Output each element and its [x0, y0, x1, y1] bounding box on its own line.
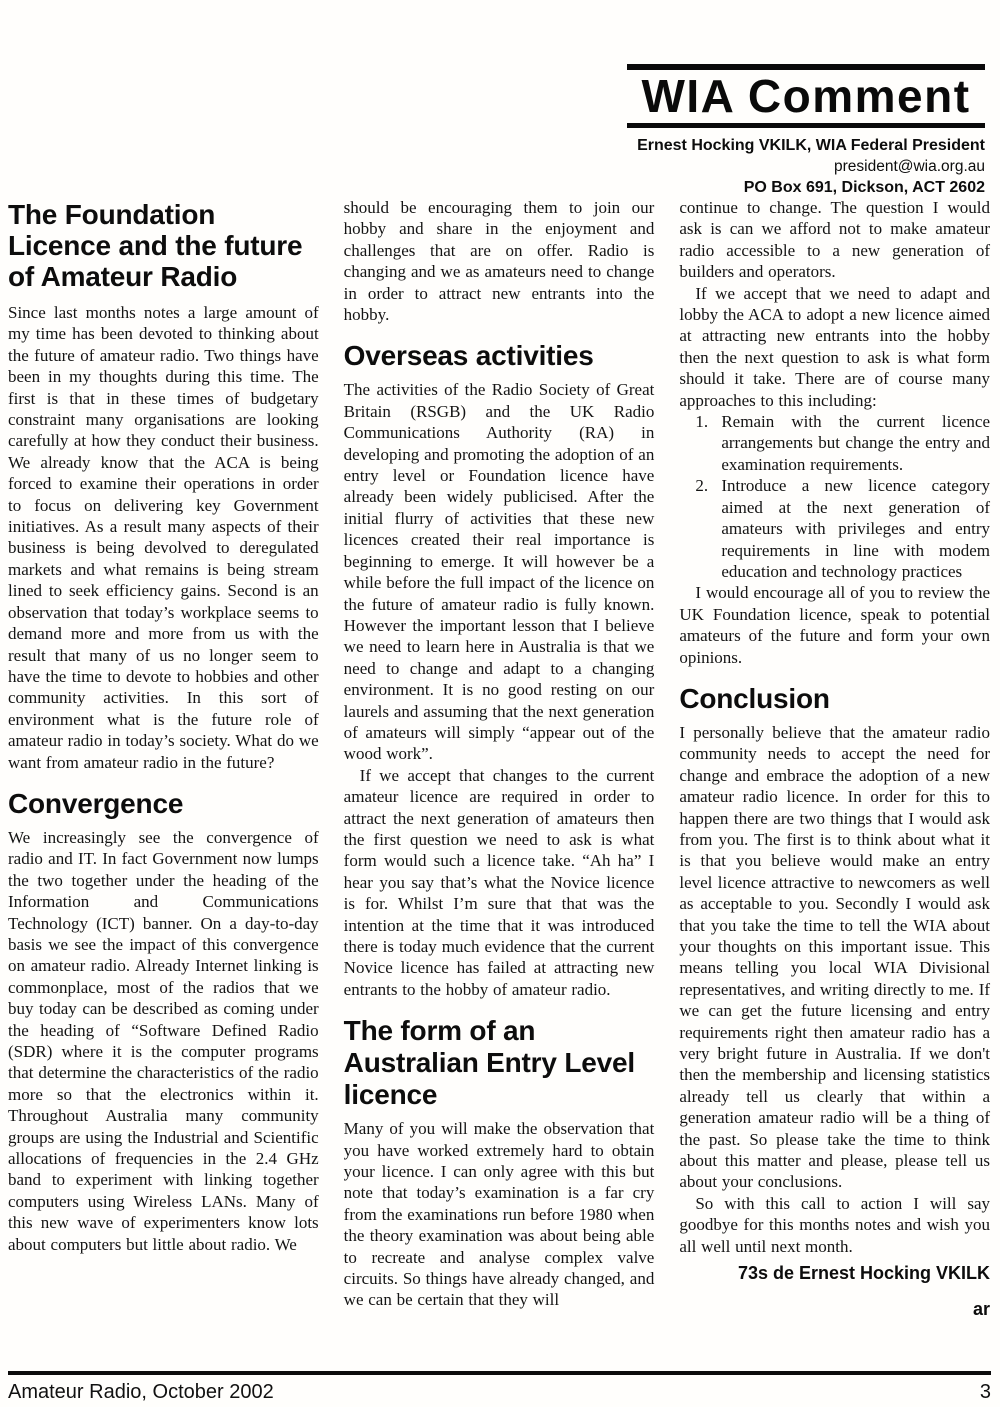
author-email: president@wia.org.au	[627, 156, 985, 177]
footer-row: Amateur Radio, October 2002 3	[8, 1381, 991, 1404]
paragraph: If we accept that changes to the current…	[344, 765, 655, 1000]
column-title: WIA Comment	[627, 70, 985, 123]
list-text: Introduce a new licence category aimed a…	[721, 475, 990, 582]
paragraph: continue to change. The question I would…	[679, 197, 990, 283]
masthead-rule-bottom	[627, 123, 985, 128]
footer-rule	[8, 1371, 991, 1375]
author-byline: Ernest Hocking VKILK, WIA Federal Presid…	[627, 135, 985, 156]
list-text: Remain with the current licence arrangem…	[721, 411, 990, 475]
paragraph: Many of you will make the observation th…	[344, 1118, 655, 1311]
list-item: 1. Remain with the current licence arran…	[679, 411, 990, 475]
author-address: PO Box 691, Dickson, ACT 2602	[627, 177, 985, 198]
journal-title: Amateur Radio, October 2002	[8, 1381, 274, 1404]
section-heading-overseas-activities: Overseas activities	[344, 340, 655, 372]
section-heading-conclusion: Conclusion	[679, 683, 990, 715]
masthead-area: WIA Comment Ernest Hocking VKILK, WIA Fe…	[0, 0, 1000, 197]
author-signature: 73s de Ernest Hocking VKILK	[679, 1261, 990, 1285]
paragraph: I personally believe that the amateur ra…	[679, 722, 990, 1193]
paragraph: We increasingly see the convergence of r…	[8, 827, 319, 1255]
column-3: continue to change. The question I would…	[679, 197, 990, 1369]
paragraph: Since last months notes a large amount o…	[8, 302, 319, 773]
column-2: should be encouraging them to join our h…	[344, 197, 655, 1369]
article-end-mark: ar	[679, 1299, 990, 1320]
paragraph: So with this call to action I will say g…	[679, 1193, 990, 1257]
paragraph: The activities of the Radio Society of G…	[344, 379, 655, 764]
page-number: 3	[980, 1381, 991, 1404]
section-heading-convergence: Convergence	[8, 788, 319, 820]
list-number: 1.	[679, 411, 721, 475]
article-columns: The Foundation Licence and the future of…	[0, 197, 1000, 1369]
paragraph: should be encouraging them to join our h…	[344, 197, 655, 325]
paragraph: I would encourage all of you to review t…	[679, 582, 990, 668]
section-heading-entry-level-licence: The form of an Australian Entry Level li…	[344, 1015, 655, 1111]
paragraph: If we accept that we need to adapt and l…	[679, 283, 990, 411]
article-title: The Foundation Licence and the future of…	[8, 199, 319, 292]
masthead: WIA Comment Ernest Hocking VKILK, WIA Fe…	[627, 64, 985, 198]
column-1: The Foundation Licence and the future of…	[8, 197, 319, 1369]
magazine-page: WIA Comment Ernest Hocking VKILK, WIA Fe…	[0, 0, 1000, 1407]
list-item: 2. Introduce a new licence category aime…	[679, 475, 990, 582]
page-footer: Amateur Radio, October 2002 3	[8, 1371, 991, 1404]
list-number: 2.	[679, 475, 721, 582]
